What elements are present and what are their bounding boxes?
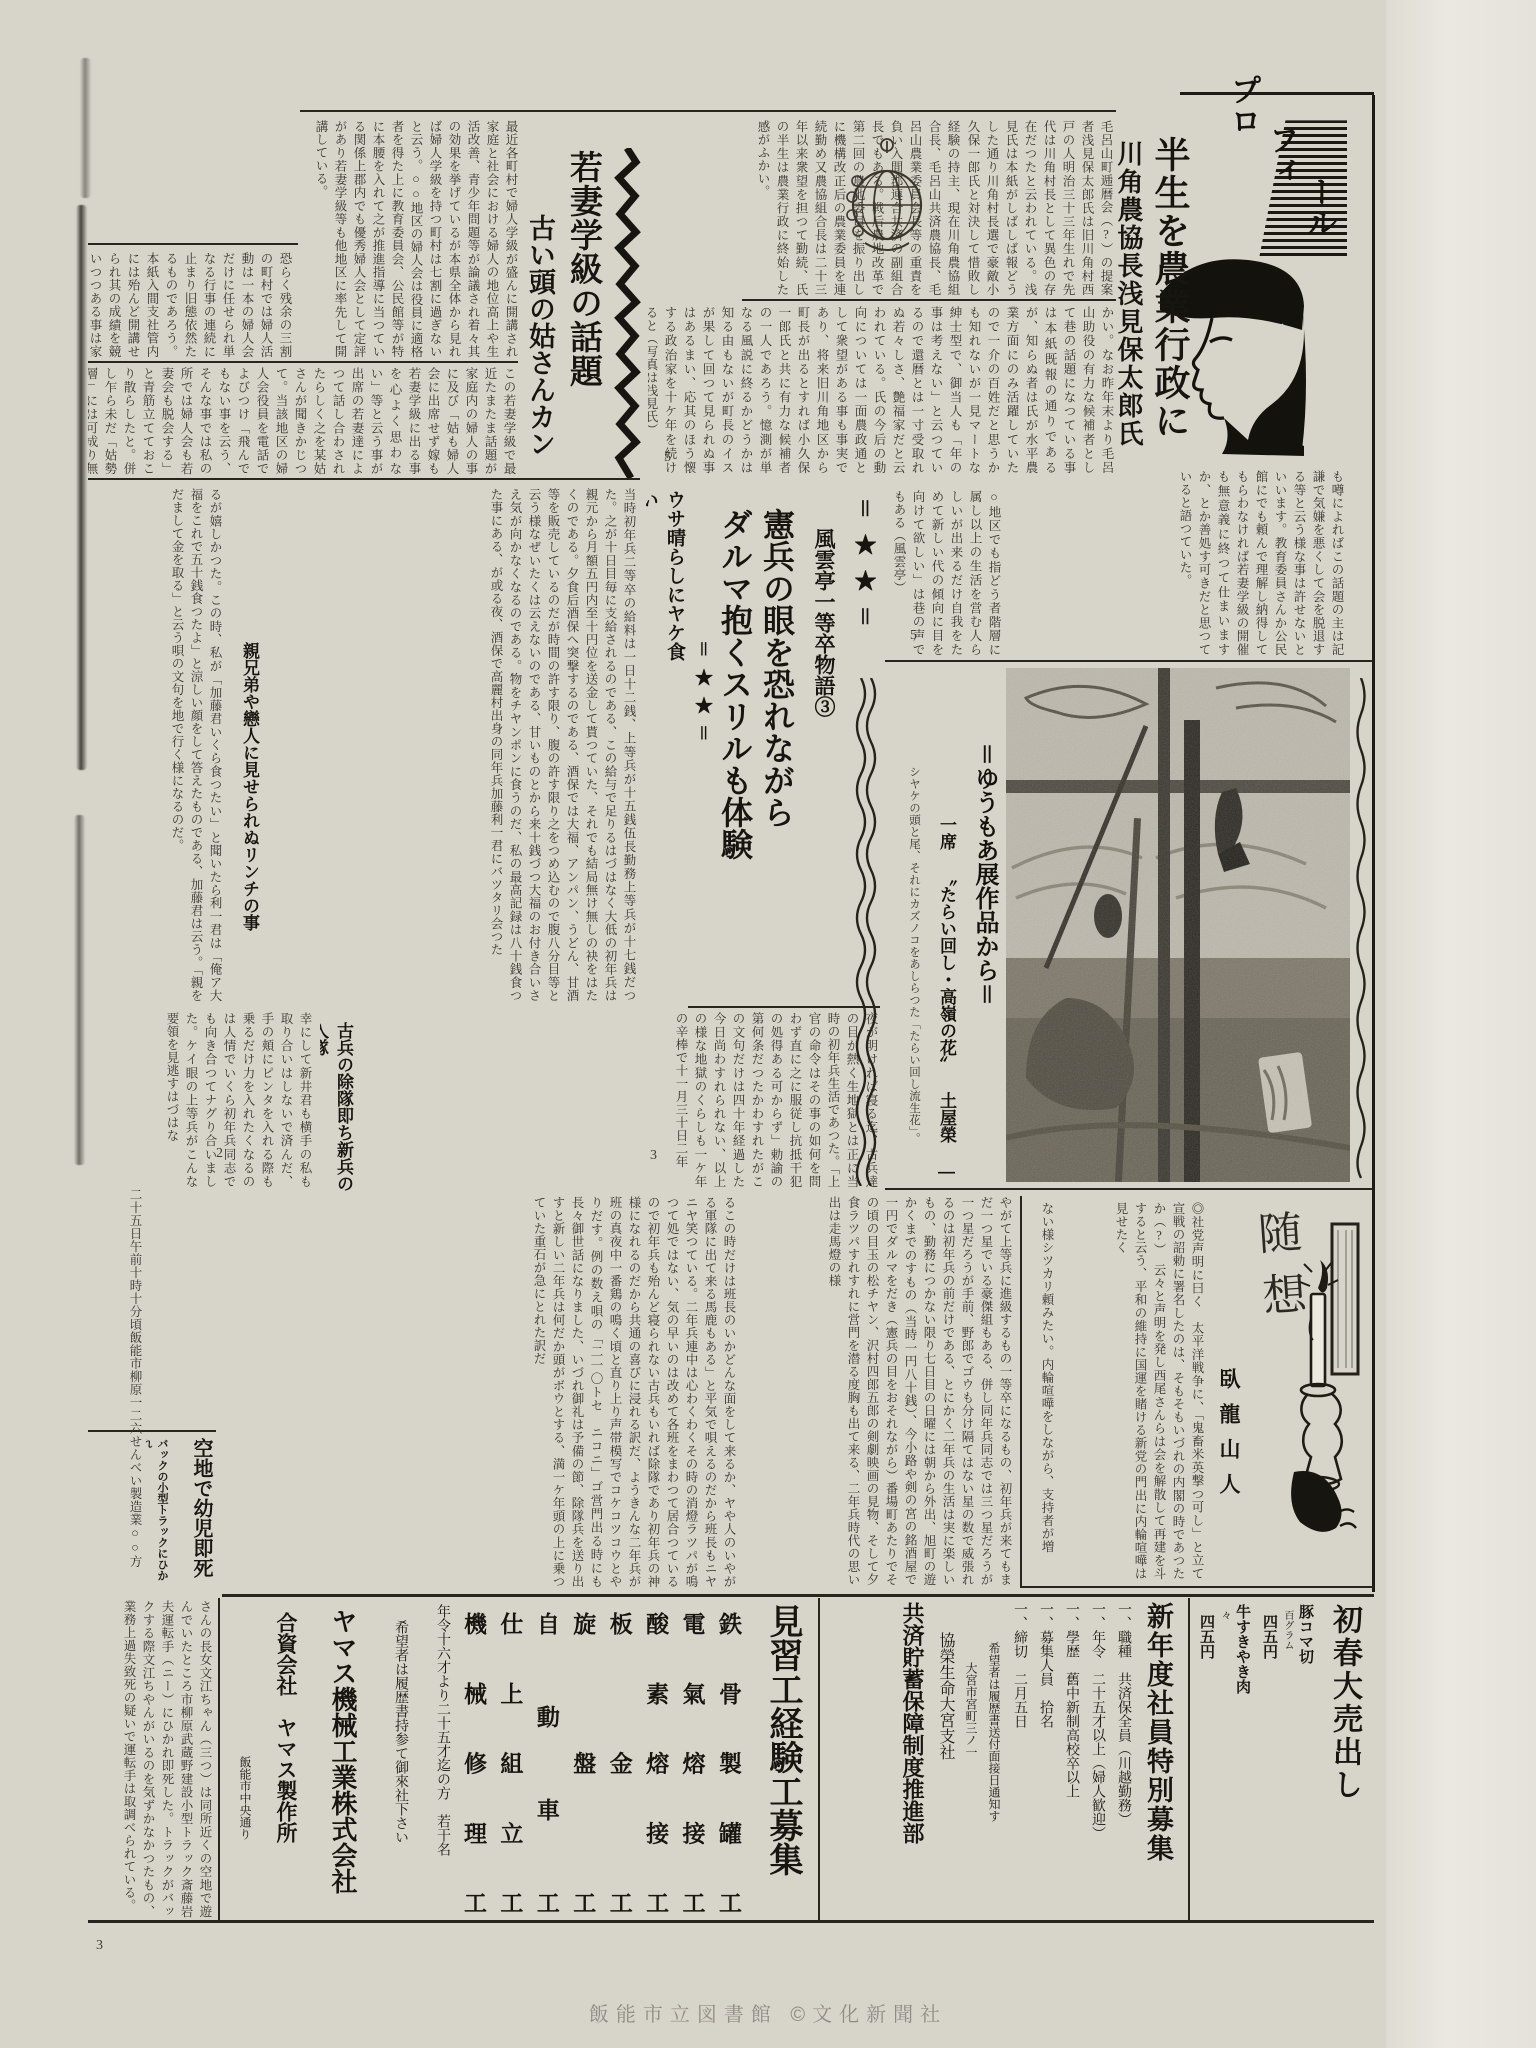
column-marker: 2 — [216, 1146, 223, 1162]
candle-illustration — [1288, 1222, 1364, 1558]
wakazuma-body: 恐らく残余の三割の町村では婦人活動は一本の婦人会だけに任せられ単なる行事の連続に… — [88, 252, 294, 358]
wavy-rule-decoration — [1354, 678, 1368, 1186]
ad-kyosai-item: 一、年令 二十五才以上（婦人歓迎） — [1087, 1602, 1107, 1920]
scan-fold-mark — [80, 58, 91, 198]
profile-body: かい。なお昨年末より毛呂山助役の有力な候補者として巷の話題になつている事は本紙既… — [648, 306, 1116, 474]
akichi-subhead: バックの小型トラックにひかれ — [146, 1438, 170, 1586]
fuunten-subhead-2: 親兄弟や戀人に見せられぬリンチの事 — [228, 642, 262, 994]
ad-kyosai-recruiting: 新年度社員特別募集 一、職種 共済保全員（川越勤務） 一、年令 二十五才以上（婦… — [824, 1602, 1184, 1920]
newspaper-page: プロ フィ ール 半生を農業行政に打込む 川角農協長浅見保太郎氏 毛呂山町逓暦会… — [0, 0, 1536, 2048]
fuunten-kicker: 風雲亭一等卒物語③ — [798, 528, 838, 760]
column-marker: 3 — [650, 1148, 657, 1164]
ad-kawada-meatshop: 初春大売出し 豚コマ切 百グラム 四五円 牛すきやき肉 々 四五円 鳥手羽肉 々… — [1196, 1604, 1372, 1916]
profile-intro: 毛呂山町逓暦会（?）の提案者浅見保太郎氏は旧川角村西戸の人明治三十三年生れで先代… — [967, 120, 1115, 296]
profile-logo: プロ フィ ール — [1225, 72, 1347, 258]
ad-job: 自動車工 — [531, 1612, 564, 1914]
ad-minarai-jobs: 鉄骨製罐工 電氣熔接工 酸素熔接工 板金工 旋盤工 自動車工 仕上組立工 機械修… — [458, 1612, 746, 1914]
wakazuma-headline-main: 若妻学級の話題に — [562, 150, 608, 406]
fuunten-body: 夜が明ければ寝る迄、古兵達の目が熱く生地獄とは正に当時の初年兵生活であつた。「上… — [362, 1012, 880, 1188]
fuunten-headline-1: 憲兵の眼を恐れながら — [760, 508, 800, 844]
star-divider: ＝★★＝ — [690, 640, 716, 940]
ad-job: 旋盤工 — [567, 1612, 600, 1914]
fuunten-body: 当時初年兵二等卒の給料は一日十二銭、上等兵が十五銭伍長勤務上等兵が十七銭だつた。… — [266, 488, 638, 1002]
column-marker: 3 — [96, 1938, 103, 1954]
logo-text: フィ — [1265, 124, 1297, 186]
scan-fold-mark — [74, 815, 85, 1165]
photo-caption-credit: 一席 〝たらい回し・高嶺の花〟 土屋榮 ― — [925, 816, 959, 1188]
ad-kawada-title: 初春大売出し — [1322, 1604, 1366, 1916]
scan-fold-mark — [76, 205, 87, 770]
column-marker: 5 — [664, 450, 671, 466]
humor-photo-image — [1006, 668, 1350, 1182]
ad-kyosai-item: 一、締切 二月五日 — [1009, 1602, 1029, 1920]
ad-item-unit: 百グラム — [1280, 1610, 1295, 1916]
fuunten-headline-2: ダルマ抱くスリルも体験 — [718, 508, 758, 978]
logo-text: プロ — [1227, 74, 1259, 136]
library-copyright-footer: 飯能市立図書館 ©文化新聞社 — [0, 1998, 1536, 2027]
ad-minarai-company: 合資会社 ヤマス製作所 — [262, 1612, 300, 1936]
ad-kyosai-title: 新年度社員特別募集 — [1139, 1602, 1178, 1920]
ad-job: 電氣熔接工 — [677, 1612, 710, 1914]
fuunten-body: やがて上等兵に進級するもの一等卒になるもの、初年兵が来てもまだ一つ星でいる豪傑組… — [748, 1196, 1014, 1586]
ad-kyosai-addr: 大宮市宮町三ノ一 — [963, 1662, 980, 1920]
akichi-headline: 空地で幼児即死 — [172, 1438, 216, 1586]
ad-kyosai-item: 一、學歴 舊中新制高校卒以上 — [1061, 1602, 1081, 1920]
ad-minarai-title: 見習工経験工募集 — [752, 1604, 808, 1934]
fuunten-body: るが嬉しかつた。この時、私が「加藤君いくら食つたい」と聞いたら利一君は「俺ア大福… — [88, 488, 224, 1002]
wakazuma-headline-sub: 古い頭の姑さんカンカン — [524, 214, 560, 476]
profile-headline-main: 半生を農業行政に打込む — [1150, 136, 1196, 468]
ad-kyosai-item: 一、職種 共済保全員（川越勤務） — [1113, 1602, 1133, 1920]
paper-right-margin — [1386, 0, 1536, 2048]
ad-item-unit: 々 — [1217, 1610, 1232, 1916]
ad-minarai-company: ヤマス機械工業株式会社 — [318, 1608, 362, 1938]
fuunten-body: るこの時だけは班長のいかどんな面をして来るか、ヤや人のいやがる軍隊に出て来る馬鹿… — [230, 1196, 738, 1588]
fuunten-subhead-1: ウサ晴らしにヤケ食い — [646, 490, 688, 662]
ad-job: 鉄骨製罐工 — [713, 1612, 746, 1914]
ad-minarai-note: 希望者は履歴書持参て御來社下さい — [382, 1620, 410, 1920]
jagged-rule-decoration — [613, 148, 641, 478]
page-border-right — [1372, 95, 1375, 1592]
ad-job: 酸素熔接工 — [640, 1612, 673, 1914]
ad-job: 機械修理工 — [458, 1612, 491, 1914]
ad-item-price: 四五円 — [1259, 1614, 1280, 1916]
akichi-body: 二十五日午前十時十分頃飯能市柳原一二六せんべい製造業○○方 — [92, 1188, 144, 1588]
akichi-body: さんの長女文江ちゃん（三つ）は同所近くの空地で遊んでいたところ市柳原武蔵野建設小… — [88, 1600, 214, 1918]
wakazuma-body-cont: も噂によればこの話題の主は記謙で気嫌を悪くして会を脱退する等と云う様な事は許せな… — [1128, 470, 1346, 656]
zuiso-author: 臥龍山人 — [1212, 1368, 1244, 1560]
wakazuma-body: 最近各町村で婦人学級が盛んに開講され家庭と社会における婦人の地位高上や生活改善、… — [300, 120, 520, 358]
wakazuma-body-cont: ○地区でも指どう者階層に属し以上の生活を営む人らしいが出来るだけ自我をためて新し… — [885, 490, 1003, 656]
ad-item-price: 四五円 — [1196, 1614, 1217, 1916]
ad-kyosai-company: 協榮生命大宮支社 — [934, 1632, 957, 1920]
ad-item-name: 牛すきやき肉 — [1232, 1604, 1253, 1916]
photo-caption-title: ＝ゆうもあ展作品から＝ — [962, 742, 1002, 1074]
ad-kyosai-item: 一、募集人員 拾名 — [1035, 1602, 1055, 1920]
fuunten-body: 幸にして新井君も横手の私も取り合いはしないで済んだ、手の頬にピンタを入れる際も乗… — [88, 1012, 314, 1188]
profile-headline-sub: 川角農協長浅見保太郎氏 — [1116, 140, 1148, 470]
ad-job: 板金工 — [604, 1612, 637, 1914]
photo-caption-side: シヤケの頭と尾、それにカズノコをあしらつた「たらい回し流生花」。 — [892, 766, 922, 1166]
zuiso-body: ◎社党声明に曰く 太平洋戦争に、「鬼畜米英撃つ可し」と立て宣戦の詔勅に署名したの… — [1062, 1202, 1206, 1580]
ad-kyosai-note: 希望者は履歴書送付面接日通知す — [986, 1642, 1003, 1920]
ad-job: 仕上組立工 — [494, 1612, 527, 1914]
logo-text: ール — [1303, 176, 1335, 238]
zuiso-body: ない様シツカリ頼みたい。内輪喧嘩をしながら、支持者が増 — [1026, 1202, 1056, 1580]
ad-minarai-note: 年令十六才より二十五才迄の方 若干名 — [424, 1604, 452, 1934]
ad-kyosai-company: 共済貯蓄保障制度推進部 — [897, 1602, 928, 1920]
ad-item-name: 豚コマ切 — [1295, 1604, 1316, 1916]
wakazuma-body: この若妻学級で最近たまたま話題が家庭内の婦人の事に及び「姑も婦人会に出席せず嫁も… — [88, 367, 518, 475]
ad-minarai-addr: 飯能市中央通り — [232, 1756, 254, 1920]
globe-decoration-icon — [845, 135, 927, 267]
wavy-rule-decoration — [855, 678, 877, 1186]
fuunten-subhead-3: 古兵の除隊即ち新兵の入隊 — [320, 1022, 356, 1192]
column-marker: 5 — [910, 628, 917, 644]
